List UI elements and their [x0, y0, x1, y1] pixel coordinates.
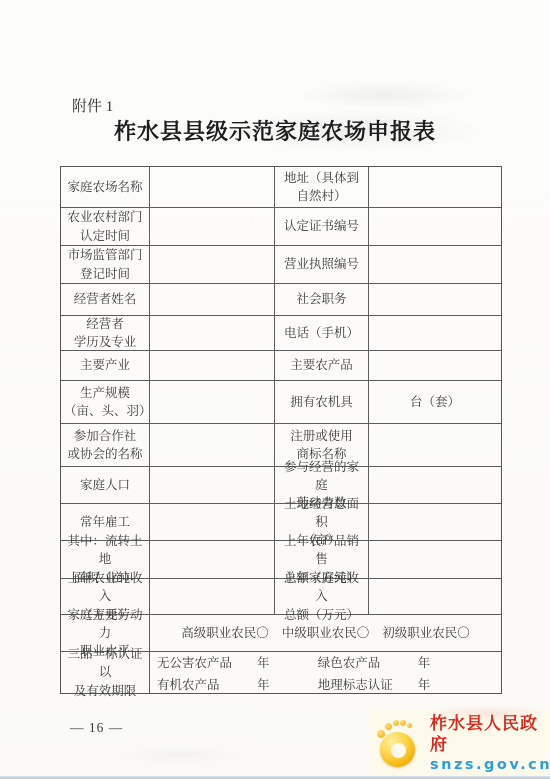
- field-label: 主要产业: [61, 351, 149, 380]
- field-value: [368, 246, 501, 283]
- certification-item: 有机农产品年: [157, 675, 318, 693]
- field-label: 市场监管部门 登记时间: [61, 246, 149, 283]
- field-value: [368, 167, 501, 207]
- occupation-option: 初级职业农民〇: [382, 624, 470, 642]
- field-value: [149, 381, 274, 423]
- field-label: 家庭人口: [61, 467, 149, 503]
- field-label: 经营者姓名: [61, 284, 149, 315]
- table-row-certifications: 三品一标认证以 及有效期限 无公害农产品年 绿色农产品年 有机农产品年 地理标志…: [61, 651, 501, 693]
- attachment-label: 附件 1: [72, 95, 113, 116]
- scan-smudge: [300, 82, 470, 108]
- field-value: 台（套）: [368, 381, 501, 423]
- occupation-options: 高级职业农民〇 中级职业农民〇 初级职业农民〇: [149, 615, 501, 651]
- table-row: 家庭农场名称 地址（具体到 自然村）: [61, 167, 501, 207]
- field-value: [149, 284, 274, 315]
- form-title: 柞水县县级示范家庭农场申报表: [0, 115, 550, 146]
- field-label: 三品一标认证以 及有效期限: [61, 652, 149, 693]
- field-value: [149, 541, 274, 578]
- field-label: 农业农村部门 认定时间: [61, 208, 149, 245]
- field-value: [149, 467, 274, 503]
- field-label: 拥有农机具: [274, 381, 368, 423]
- field-value: [149, 316, 274, 350]
- unit-label: 年: [257, 653, 270, 671]
- field-label: 社会职务: [274, 284, 368, 315]
- field-label: 主要农产品: [274, 351, 368, 380]
- occupation-option: 中级职业农民〇: [282, 624, 370, 642]
- unit-label: 年: [257, 675, 270, 693]
- field-value: [149, 579, 274, 614]
- table-row: 主要产业 主要农产品: [61, 350, 501, 380]
- certification-item: 绿色农产品年: [318, 653, 499, 671]
- field-value: [368, 424, 501, 466]
- field-label: 经营者 学历及专业: [61, 316, 149, 350]
- field-label: 认定证书编号: [274, 208, 368, 245]
- gov-url: snzs.gov.cn: [430, 756, 550, 774]
- circle-mark: 〇: [457, 626, 470, 640]
- field-value: [149, 351, 274, 380]
- field-label: 参加合作社 或协会的名称: [61, 424, 149, 466]
- field-label: 营业执照编号: [274, 246, 368, 283]
- field-value: [149, 167, 274, 207]
- field-label: 上年家庭纯收入 总额（万元）: [274, 579, 368, 614]
- field-value: [368, 541, 501, 578]
- circle-mark: 〇: [357, 626, 370, 640]
- scan-smudge: [120, 746, 240, 764]
- application-form-table: 家庭农场名称 地址（具体到 自然村） 农业农村部门 认定时间 认定证书编号 市场…: [60, 166, 502, 694]
- government-logo: 柞水县人民政府 snzs.gov.cn: [370, 709, 548, 778]
- scanned-document-page: 附件 1 柞水县县级示范家庭农场申报表 家庭农场名称 地址（具体到 自然村） 农…: [0, 0, 550, 779]
- unit-label: 年: [418, 653, 431, 671]
- field-value: [149, 504, 274, 540]
- field-value: [368, 316, 501, 350]
- field-value: [368, 467, 501, 503]
- gov-name: 柞水县人民政府: [430, 713, 550, 756]
- unit-label: 年: [418, 675, 431, 693]
- field-value: [149, 208, 274, 245]
- certification-item: 无公害农产品年: [157, 653, 318, 671]
- table-row: 生产规模 （亩、头、羽） 拥有农机具 台（套）: [61, 380, 501, 423]
- field-value: [368, 351, 501, 380]
- field-value: [149, 424, 274, 466]
- field-label: 地址（具体到 自然村）: [274, 167, 368, 207]
- table-row: 农业农村部门 认定时间 认定证书编号: [61, 207, 501, 245]
- field-label: 电话（手机）: [274, 316, 368, 350]
- field-value: [368, 208, 501, 245]
- field-value: [368, 284, 501, 315]
- field-value: [368, 579, 501, 614]
- table-row: 市场监管部门 登记时间 营业执照编号: [61, 245, 501, 283]
- table-row: 经营者 学历及专业 电话（手机）: [61, 315, 501, 350]
- field-value: [368, 504, 501, 540]
- paw-print-icon: [377, 719, 421, 769]
- gov-text-block: 柞水县人民政府 snzs.gov.cn: [430, 713, 550, 774]
- field-value: [149, 246, 274, 283]
- table-row: 经营者姓名 社会职务: [61, 283, 501, 315]
- occupation-option: 高级职业农民〇: [181, 624, 269, 642]
- circle-mark: 〇: [256, 626, 269, 640]
- certification-grid: 无公害农产品年 绿色农产品年 有机农产品年 地理标志认证年: [149, 652, 501, 693]
- page-number: — 16 —: [70, 720, 123, 736]
- certification-item: 地理标志认证年: [318, 675, 499, 693]
- field-label: 生产规模 （亩、头、羽）: [61, 381, 149, 423]
- field-label: 家庭农场名称: [61, 167, 149, 207]
